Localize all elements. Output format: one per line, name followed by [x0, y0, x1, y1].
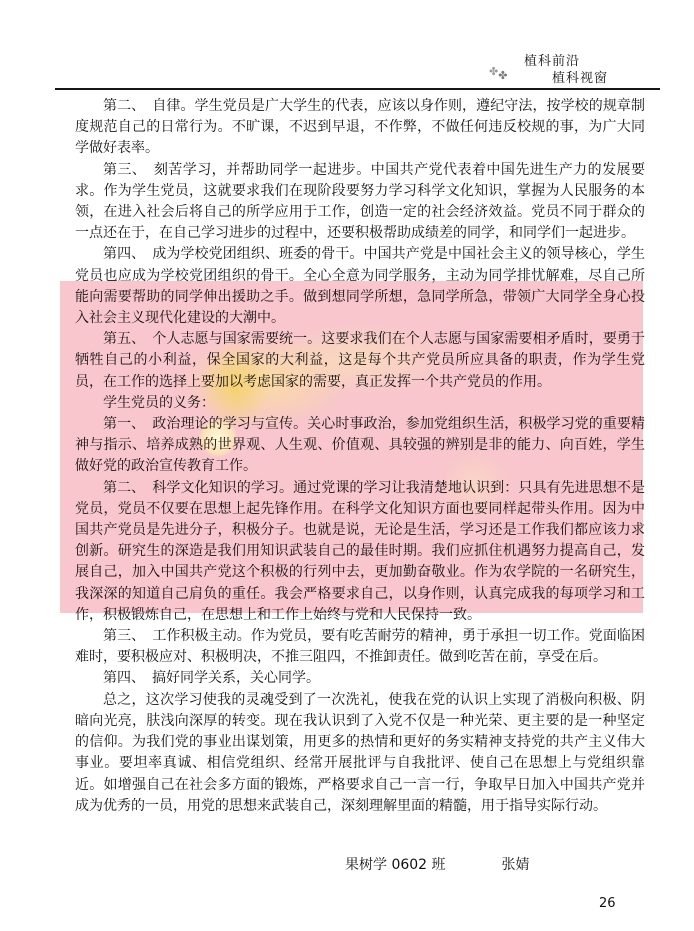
- paragraph-science-culture: 第二、 科学文化知识的学习。通过党课的学习让我清楚地认识到：只具有先进思想不是党…: [75, 478, 645, 626]
- paragraph-backbone: 第四、 成为学校党团组织、班委的骨干。中国共产党是中国社会主义的领导核心，学生党…: [75, 244, 645, 329]
- sparkle-icons: ✤✤: [489, 68, 507, 81]
- signature-line: 果树学 0602 班张婧: [345, 854, 530, 874]
- paragraph-proactive-work: 第三、 工作积极主动。作为党员，要有吃苦耐劳的精神，勇于承担一切工作。党面临困难…: [75, 626, 645, 668]
- paragraph-conclusion: 总之，这次学习使我的灵魂受到了一次洗礼，使我在党的认识上实现了消极向积极、阴暗向…: [75, 690, 645, 817]
- author-name: 张婧: [502, 857, 530, 873]
- paragraph-hard-study: 第三、 刻苦学习，并帮助同学一起进步。中国共产党代表着中国先进生产力的发展要求。…: [75, 160, 645, 245]
- paragraph-duties-heading: 学生党员的义务：: [75, 393, 645, 414]
- page-number: 26: [599, 896, 616, 911]
- header-title-line2: 植科视窗: [552, 67, 608, 86]
- header-rule: [55, 88, 660, 90]
- class-label: 果树学 0602 班: [345, 857, 446, 873]
- paragraph-classmate-relations: 第四、 搞好同学关系，关心同学。: [75, 668, 645, 689]
- sparkle-icon: ✤: [489, 65, 498, 78]
- paragraph-self-discipline: 第二、 自律。学生党员是广大学生的代表，应该以身作则，遵纪守法，按学校的规章制度…: [75, 96, 645, 160]
- document-page: 植科前沿 ✤✤ 植科视窗 第二、 自律。学生党员是广大学生的代表，应该以身作则，…: [0, 0, 694, 931]
- sparkle-icon: ✤: [498, 69, 507, 82]
- document-body: 第二、 自律。学生党员是广大学生的代表，应该以身作则，遵纪守法，按学校的规章制度…: [75, 96, 645, 817]
- paragraph-personal-will: 第五、 个人志愿与国家需要统一。这要求我们在个人志愿与国家需要相矛盾时，要勇于牺…: [75, 329, 645, 393]
- paragraph-political-theory: 第一、 政治理论的学习与宣传。关心时事政治，参加党组织生活，积极学习党的重要精神…: [75, 414, 645, 478]
